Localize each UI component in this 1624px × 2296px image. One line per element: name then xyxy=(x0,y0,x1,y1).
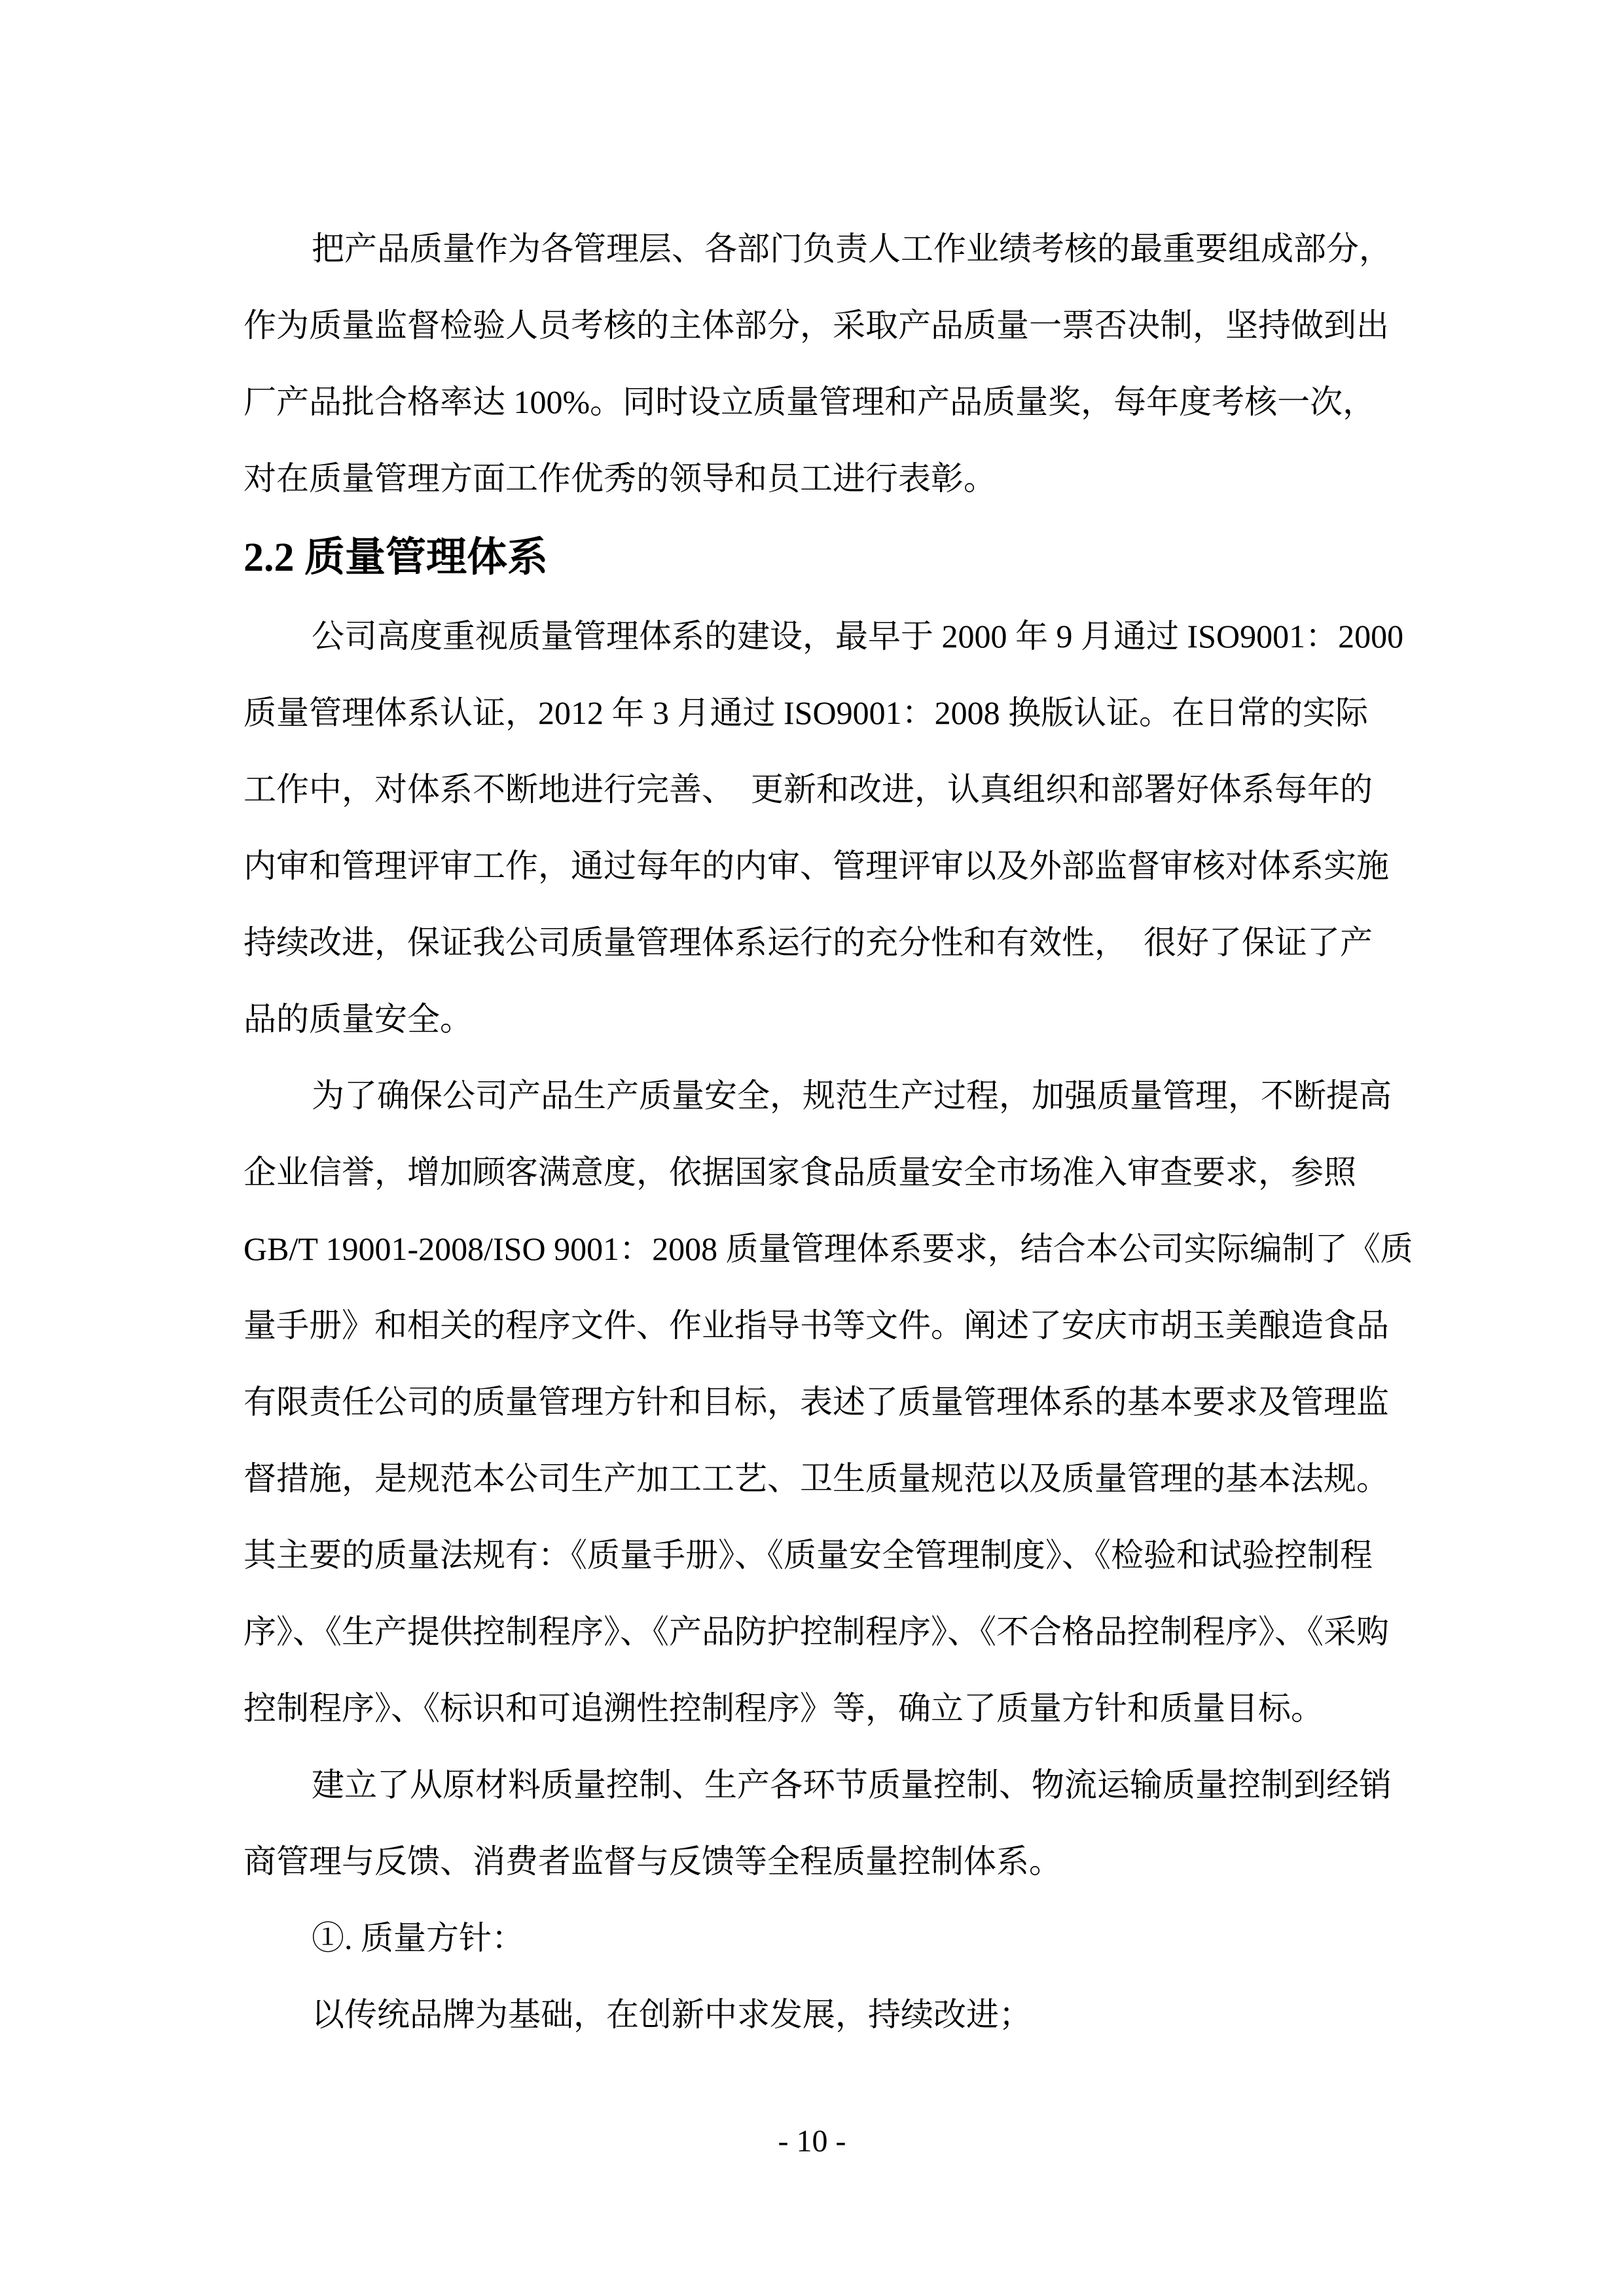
paragraph-line: 为了确保公司产品生产质量安全，规范生产过程，加强质量管理，不断提高 xyxy=(244,1058,1415,1134)
paragraph-line: GB/T 19001-2008/ISO 9001：2008 质量管理体系要求，结… xyxy=(244,1211,1415,1287)
document-page: 把产品质量作为各管理层、各部门负责人工作业绩考核的最重要组成部分， 作为质量监督… xyxy=(0,0,1624,2296)
paragraph-line: 公司高度重视质量管理体系的建设，最早于 2000 年 9 月通过 ISO9001… xyxy=(244,598,1415,675)
paragraph-line: 督措施，是规范本公司生产加工工艺、卫生质量规范以及质量管理的基本法规。 xyxy=(244,1441,1415,1517)
paragraph-line: 量手册》和相关的程序文件、作业指导书等文件。阐述了安庆市胡玉美酿造食品 xyxy=(244,1287,1415,1364)
paragraph-line: 把产品质量作为各管理层、各部门负责人工作业绩考核的最重要组成部分， xyxy=(244,211,1415,287)
paragraph-line: 厂产品批合格率达 100%。同时设立质量管理和产品质量奖，每年度考核一次， xyxy=(244,364,1415,440)
paragraph-line: 其主要的质量法规有：《质量手册》、《质量安全管理制度》、《检验和试验控制程 xyxy=(244,1517,1415,1594)
paragraph-line: 品的质量安全。 xyxy=(244,981,1415,1058)
paragraph-line: 建立了从原材料质量控制、生产各环节质量控制、物流运输质量控制到经销 xyxy=(244,1747,1415,1823)
page-number: - 10 - xyxy=(778,2124,846,2159)
paragraph-line: 对在质量管理方面工作优秀的领导和员工进行表彰。 xyxy=(244,440,1415,517)
paragraph-line: ①. 质量方针： xyxy=(244,1900,1415,1977)
paragraph-line: 有限责任公司的质量管理方针和目标，表述了质量管理体系的基本要求及管理监 xyxy=(244,1364,1415,1441)
paragraph-line: 质量管理体系认证，2012 年 3 月通过 ISO9001：2008 换版认证。… xyxy=(244,675,1415,751)
paragraph-line: 控制程序》、《标识和可追溯性控制程序》等，确立了质量方针和质量目标。 xyxy=(244,1670,1415,1747)
paragraph-line: 商管理与反馈、消费者监督与反馈等全程质量控制体系。 xyxy=(244,1823,1415,1900)
paragraph-line: 以传统品牌为基础，在创新中求发展，持续改进； xyxy=(244,1977,1415,2053)
paragraph-line: 工作中，对体系不断地进行完善、 更新和改进，认真组织和部署好体系每年的 xyxy=(244,751,1415,828)
paragraph-line: 序》、《生产提供控制程序》、《产品防护控制程序》、《不合格品控制程序》、《采购 xyxy=(244,1594,1415,1670)
section-heading: 2.2 质量管理体系 xyxy=(244,517,1415,598)
paragraph-line: 内审和管理评审工作，通过每年的内审、管理评审以及外部监督审核对体系实施 xyxy=(244,828,1415,905)
paragraph-line: 企业信誉，增加顾客满意度，依据国家食品质量安全市场准入审查要求，参照 xyxy=(244,1134,1415,1211)
page-footer: - 10 - xyxy=(0,2122,1624,2161)
paragraph-line: 持续改进，保证我公司质量管理体系运行的充分性和有效性， 很好了保证了产 xyxy=(244,905,1415,981)
paragraph-line: 作为质量监督检验人员考核的主体部分，采取产品质量一票否决制，坚持做到出 xyxy=(244,287,1415,364)
